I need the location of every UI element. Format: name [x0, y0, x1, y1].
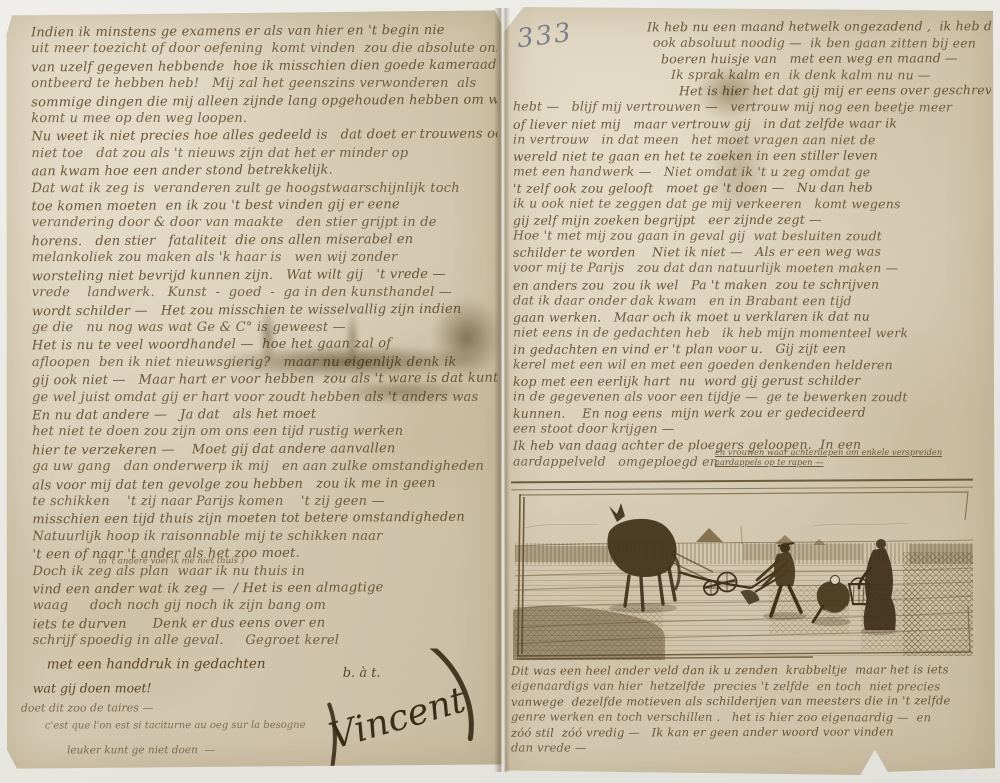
handwriting-line: waag doch noch gij noch ik zijn bang om: [33, 597, 499, 615]
handwriting-line: kerel met een wil en met een goeden denk…: [513, 356, 991, 373]
closing-note-line: doet dit zoo de taires —: [21, 701, 154, 714]
signature-text: Vincent: [325, 679, 471, 757]
handwriting-line: van uzelf gegeven hebbende hoe ik missch…: [31, 56, 497, 76]
handwriting-line: Het is nu te veel woordhandel — hoe het …: [32, 335, 498, 355]
handwriting-line: gij zelf mijn zoeken begrijpt eer zijnde…: [513, 211, 991, 229]
handwriting-line: Indien ik minstens ge examens er als van…: [31, 22, 497, 42]
handwriting-line: als voor mij dat ten gevolge zou hebben …: [32, 474, 498, 494]
handwriting-line: toe komen moeten en ik zou 't best vinde…: [31, 196, 497, 216]
handwriting-line: Nu weet ik niet precies hoe alles gedeel…: [31, 126, 497, 146]
handwriting-line: ga uw gang dan onderwerp ik mij en aan z…: [32, 458, 498, 476]
handwriting-line: 't zelf ook zou gelooft moet ge 't doen …: [513, 179, 991, 197]
right-interline-note: en vrouwen waar achterliepen om enkele v…: [715, 448, 977, 467]
handwriting-line: hier te verzekeren — Moet gij dat andere…: [32, 439, 498, 459]
letter-scan: Indien ik minstens ge examens er als van…: [0, 0, 1000, 783]
handwriting-line: dan vrede —: [511, 740, 989, 757]
handwriting-line: iets te durven Denk er dus eens over en: [33, 613, 499, 633]
handwriting-line: vanwege dezelfde motieven als schilderij…: [511, 693, 989, 710]
signature-group: Vincent: [304, 648, 478, 774]
left-page: Indien ik minstens ge examens er als van…: [5, 10, 504, 768]
handwriting-line: niet eens in de gedachten heb ik heb mij…: [513, 324, 991, 341]
handwriting-line: in gedachten en vind er 't plan voor u. …: [513, 340, 991, 358]
handwriting-line: dat ik daar onder dak kwam en in Brabant…: [513, 292, 991, 309]
right-page-handwriting: Ik heb nu een maand hetwelk ongezadend ,…: [513, 19, 991, 470]
handwriting-line: en anders zou zou ik wel Pa 't maken zou…: [513, 276, 991, 294]
handwriting-line: hebt — blijf mij vertrouwen — vertrouw m…: [513, 99, 991, 116]
handwriting-line: boeren huisje van met een weg en maand —: [513, 50, 991, 68]
handwriting-line: melankoliek zou maken als 'k haar is wen…: [32, 249, 498, 267]
closing-postscript-line: leuker kunt ge niet doen —: [67, 744, 215, 756]
handwriting-line: gaan werken. Maar och ik moet u verklare…: [513, 308, 991, 326]
closing-french-quote: c'est que l'on est si taciturne au oeg s…: [45, 720, 306, 732]
handwriting-line: verandering door & door van maakte den s…: [32, 214, 498, 232]
handwriting-line: ge wel juist omdat gij er hart voor zoud…: [32, 388, 498, 406]
handwriting-line: of liever niet mij maar vertrouw gij in …: [513, 115, 991, 133]
handwriting-line: vrede landwerk. Kunst - goed - ga in den…: [32, 284, 498, 302]
furrowed-field: [513, 552, 973, 660]
handwriting-line: voor mij te Parijs zou dat dan natuurlij…: [513, 260, 991, 277]
handwriting-line: misschien een tijd thuis zijn moeten tot…: [32, 509, 498, 529]
handwriting-line: in de gegevenen als voor een tijdje — ge…: [513, 389, 991, 406]
handwriting-line: Dit was een heel ander veld dan ik u zen…: [511, 662, 989, 679]
handwriting-line: ge die nu nog was wat Ge & C° is geweest…: [32, 319, 498, 337]
closing-handshake-line: met een handdruk in gedachten: [47, 656, 266, 673]
handwriting-line: eigenaardigs van hier hetzelfde precies …: [511, 678, 989, 695]
handwriting-line: in vertrouw in dat meen het moet vragen …: [513, 131, 991, 148]
handwriting-line: kop met een eerlijk hart nu word gij ger…: [513, 372, 991, 390]
handwriting-line: afloopen ben ik niet nieuwsgierig? maar …: [32, 354, 498, 372]
handwriting-line: Hoe 't met mij zou gaan in geval gij wat…: [513, 228, 991, 245]
handwriting-line: niet toe dat zou als 't nieuws zijn dat …: [31, 145, 497, 163]
handwriting-line: schilder te worden Niet ik niet — Als er…: [513, 243, 991, 261]
handwriting-line: ik u ook niet te zeggen dat ge mij verke…: [513, 196, 991, 213]
handwriting-line: met een handwerk — Niet omdat ik 't u ze…: [513, 163, 991, 180]
handwriting-line: ook absoluut noodig — ik ben gaan zitten…: [513, 35, 991, 52]
handwriting-line: kunnen. En nog eens mijn werk zou er ged…: [513, 404, 991, 422]
left-interline-note: in 't andere voel ik me niet thuis ): [98, 556, 244, 566]
handwriting-line: te schikken 't zij naar Parijs komen 't …: [32, 493, 498, 511]
handwriting-line: schrijf spoedig in alle geval. Gegroet k…: [33, 632, 499, 650]
closing-question-line: wat gij doen moet!: [33, 680, 152, 695]
handwriting-line: horens. den stier fataliteit die ons all…: [32, 230, 498, 250]
handwriting-line: sommige dingen die mij alleen zijnde lan…: [31, 91, 497, 111]
handwriting-line: Natuurlijk hoop ik raisonnable mij te sc…: [32, 528, 498, 546]
handwriting-line: komt u mee op den weg loopen.: [31, 110, 497, 128]
handwriting-line: Dat wat ik zeg is veranderen zult ge hoo…: [31, 180, 497, 198]
handwriting-line: het niet te doen zou zijn om ons een tij…: [32, 423, 498, 441]
handwriting-line: En nu dat andere — Ja dat als het moet: [32, 404, 498, 424]
handwriting-line: aan kwam hoe een ander stond betrekkelij…: [31, 161, 497, 181]
vincent-signature: Vincent: [302, 648, 502, 774]
handwriting-line: wereld niet te gaan en het te zoeken in …: [513, 147, 991, 165]
handwriting-line: uit meer toezicht of door oefening komt …: [31, 40, 497, 58]
handwriting-line: worsteling niet bevrijd kunnen zijn. Wat…: [32, 265, 498, 285]
sketch-caption-handwriting: Dit was een heel ander veld dan ik u zen…: [511, 663, 989, 757]
handwriting-line: een stoot door krijgen —: [513, 421, 991, 438]
handwriting-line: zóó stil zóó vredig — Ik kan er geen and…: [511, 725, 989, 742]
handwriting-line: wordt schilder — Het zou misschien te wi…: [32, 300, 498, 320]
handwriting-line: Het is hier het dat gij mij er eens over…: [513, 83, 991, 101]
handwriting-line: vind een ander wat ik zeg — / Het is een…: [32, 579, 498, 599]
plough-sketch: [513, 488, 975, 660]
handwriting-line: gij ook niet — Maar hart er voor hebben …: [32, 370, 498, 390]
right-page: 333 Ik heb nu een maand hetwelk ongezade…: [503, 7, 995, 775]
handwriting-line: Ik sprak kalm en ik denk kalm nu nu —: [513, 67, 991, 84]
handwriting-line: ontbeerd te hebben heb! Mij zal het geen…: [31, 75, 497, 93]
handwriting-line: genre werken en toch verschillen . het i…: [511, 709, 989, 726]
handwriting-line: Ik heb nu een maand hetwelk ongezadend ,…: [513, 18, 991, 36]
